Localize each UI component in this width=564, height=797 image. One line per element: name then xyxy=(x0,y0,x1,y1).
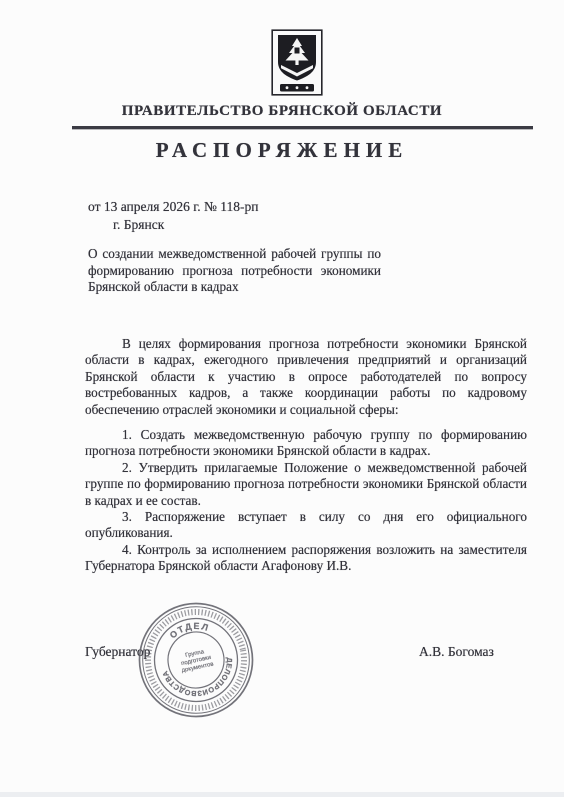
scanned-decree-document: ПРАВИТЕЛЬСТВО БРЯНСКОЙ ОБЛАСТИ РАСПОРЯЖЕ… xyxy=(0,0,564,797)
scan-bottom-edge xyxy=(0,792,564,797)
city-line: г. Брянск xyxy=(113,217,164,233)
svg-text:ОТДЕЛ: ОТДЕЛ xyxy=(166,617,212,641)
clauses-list: 1. Создать межведомственную рабочую груп… xyxy=(85,427,527,575)
signatory-name: А.В. Богомаз xyxy=(419,644,494,660)
clause-1: 1. Создать межведомственную рабочую груп… xyxy=(85,427,527,460)
stamp-ring-top-text: ОТДЕЛ xyxy=(166,617,212,641)
bryansk-coat-of-arms-icon xyxy=(271,29,323,96)
header-divider-rule xyxy=(72,126,533,129)
document-type-title: РАСПОРЯЖЕНИЕ xyxy=(0,138,564,163)
clause-4: 4. Контроль за исполнением распоряжения … xyxy=(85,542,527,575)
preamble-paragraph: В целях формирования прогноза потребност… xyxy=(85,336,527,418)
document-subject: О создании межведомственной рабочей груп… xyxy=(88,246,381,296)
clause-3: 3. Распоряжение вступает в силу со дня е… xyxy=(85,509,527,542)
date-and-number-line: от 13 апреля 2026 г. № 118-рп xyxy=(88,199,258,215)
clause-2: 2. Утвердить прилагаемые Положение о меж… xyxy=(85,460,527,509)
organization-name: ПРАВИТЕЛЬСТВО БРЯНСКОЙ ОБЛАСТИ xyxy=(0,103,564,120)
round-office-stamp: ОТДЕЛ ДЕЛОПРОИЗВОДСТВА Группа подготовки… xyxy=(125,589,267,731)
